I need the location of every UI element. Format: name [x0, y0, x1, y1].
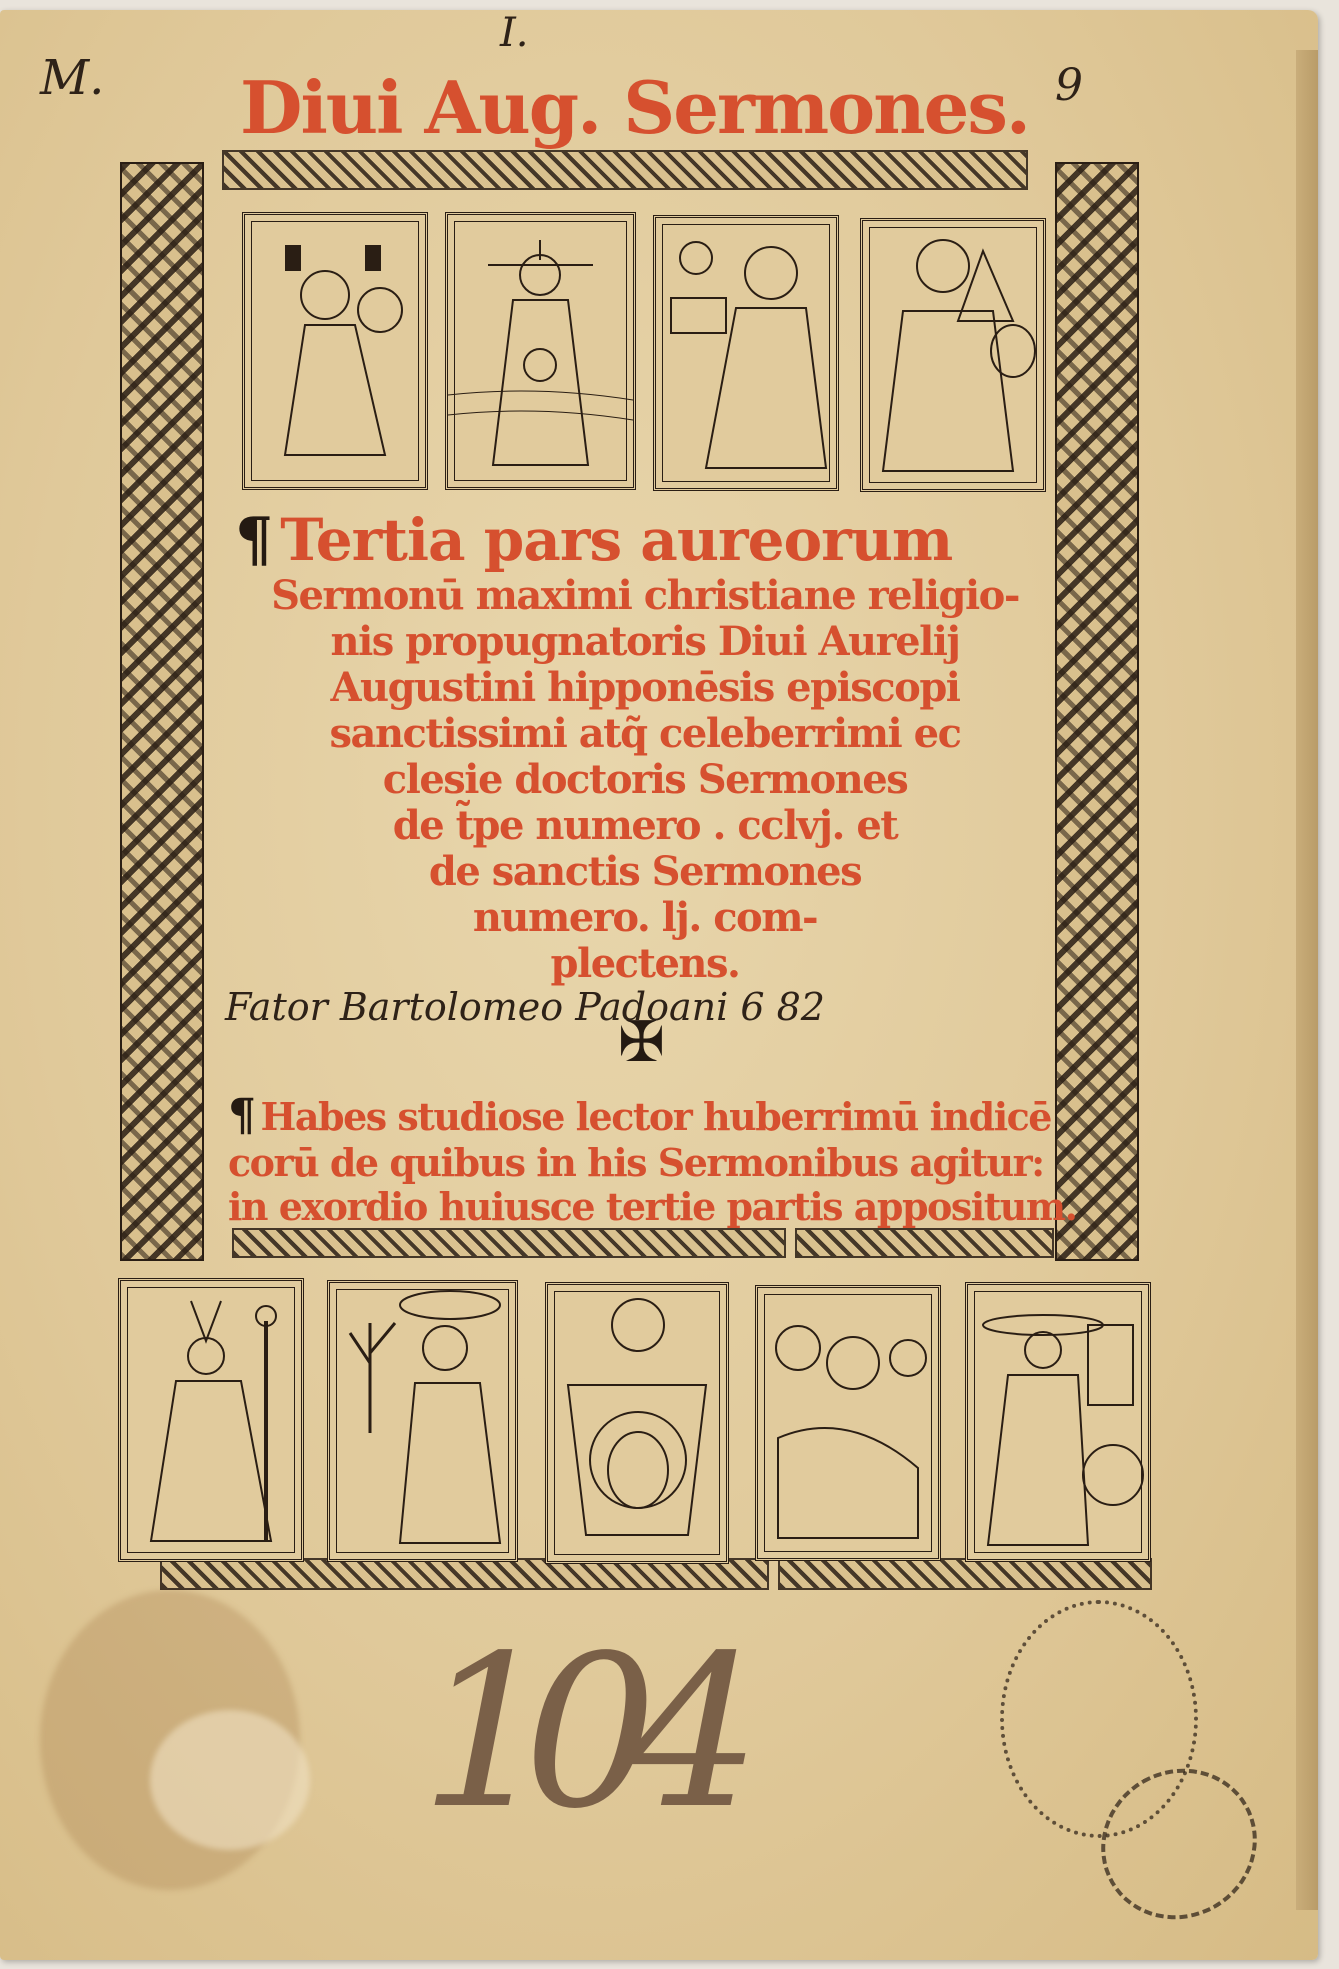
marginal-note-right: 9: [1055, 60, 1083, 111]
running-title: Diui Aug. Sermones.: [240, 65, 1029, 150]
paragraph-mark-2: ¶: [228, 1090, 255, 1141]
paper-damage: [150, 1710, 310, 1850]
index-line-2: corū de quibus in his Sermonibus agitur:: [228, 1144, 1068, 1182]
evangelist-luke-icon: [863, 221, 1043, 489]
evangelist-matthew-icon: [656, 218, 836, 488]
title-line-2: Sermonū maximi christiane religio-: [235, 576, 1055, 616]
woodcut-veronica: Veronica with the veil (Vernicle): [545, 1282, 729, 1564]
title-line-8: de sanctis Sermones: [235, 852, 1055, 892]
lamentation-icon: [758, 1288, 938, 1558]
book-page: M. I. 9 Diui Aug. Sermones. Saint Mark w…: [0, 10, 1318, 1960]
veronica-icon: [548, 1285, 726, 1561]
christ-child-icon: [448, 215, 633, 487]
marginal-note-left: M.: [40, 50, 104, 106]
bottom-border-ornament-right: [778, 1558, 1152, 1590]
title-line-5: sanctissimi atq̃ celeberrimi ec: [235, 714, 1055, 754]
title-line-7: de t̃pe numero . cclvj. et: [235, 806, 1055, 846]
middle-border-ornament-left: [232, 1228, 786, 1258]
ownership-inscription: Fator Bartolomeo Padoani 6 82: [225, 985, 825, 1029]
hermit-saint-icon: [330, 1283, 515, 1559]
woodcut-lamentation: Pieta / Lamentation: [755, 1285, 941, 1561]
index-line-3: in exordio huiusce tertie partis apposit…: [228, 1188, 1068, 1226]
index-line-1: Habes studiose lector huberrimū indicē: [261, 1094, 1051, 1139]
title-line-6: clesie doctoris Sermones: [235, 760, 1055, 800]
cross-ornament-icon: ✠: [618, 1010, 665, 1075]
woodcut-christ-child: Christ child with orb: [445, 212, 636, 490]
woodcut-saint-jerome: Saint Jerome as cardinal with lion: [965, 1282, 1151, 1562]
bishop-saint-icon: [121, 1281, 301, 1559]
left-border-ornament: [120, 162, 204, 1261]
woodcut-bishop-saint: Bishop saint with crozier: [118, 1278, 304, 1562]
page-edge: [1296, 50, 1318, 1910]
title-line-9: numero. lj. com-: [235, 898, 1055, 938]
title-line-1: Tertia pars aureorum: [280, 506, 952, 574]
marginal-note-center: I.: [500, 10, 529, 56]
woodcut-saint-luke: Saint Luke with ox: [860, 218, 1046, 492]
woodcut-hermit-saint: Saint with tree and animal: [327, 1280, 518, 1562]
main-title-block: ¶Tertia pars aureorum Sermonū maximi chr…: [235, 510, 1055, 984]
saint-jerome-icon: [968, 1285, 1148, 1559]
woodcut-saint-matthew: Saint Matthew with angel: [653, 215, 839, 491]
title-line-4: Augustini hipponēsis episcopi: [235, 668, 1055, 708]
woodcut-saint-mark: Saint Mark with lion: [242, 212, 428, 490]
evangelist-mark-icon: [245, 215, 425, 487]
index-note: ¶Habes studiose lector huberrimū indicē …: [228, 1088, 1068, 1226]
middle-border-ornament-right: [795, 1228, 1054, 1258]
top-border-ornament: [222, 150, 1028, 190]
paragraph-mark: ¶: [235, 505, 272, 575]
shelfmark-handwriting: 104: [420, 1610, 731, 1855]
title-line-3: nis propugnatoris Diui Aurelij: [235, 622, 1055, 662]
title-line-10: plectens.: [235, 944, 1055, 984]
